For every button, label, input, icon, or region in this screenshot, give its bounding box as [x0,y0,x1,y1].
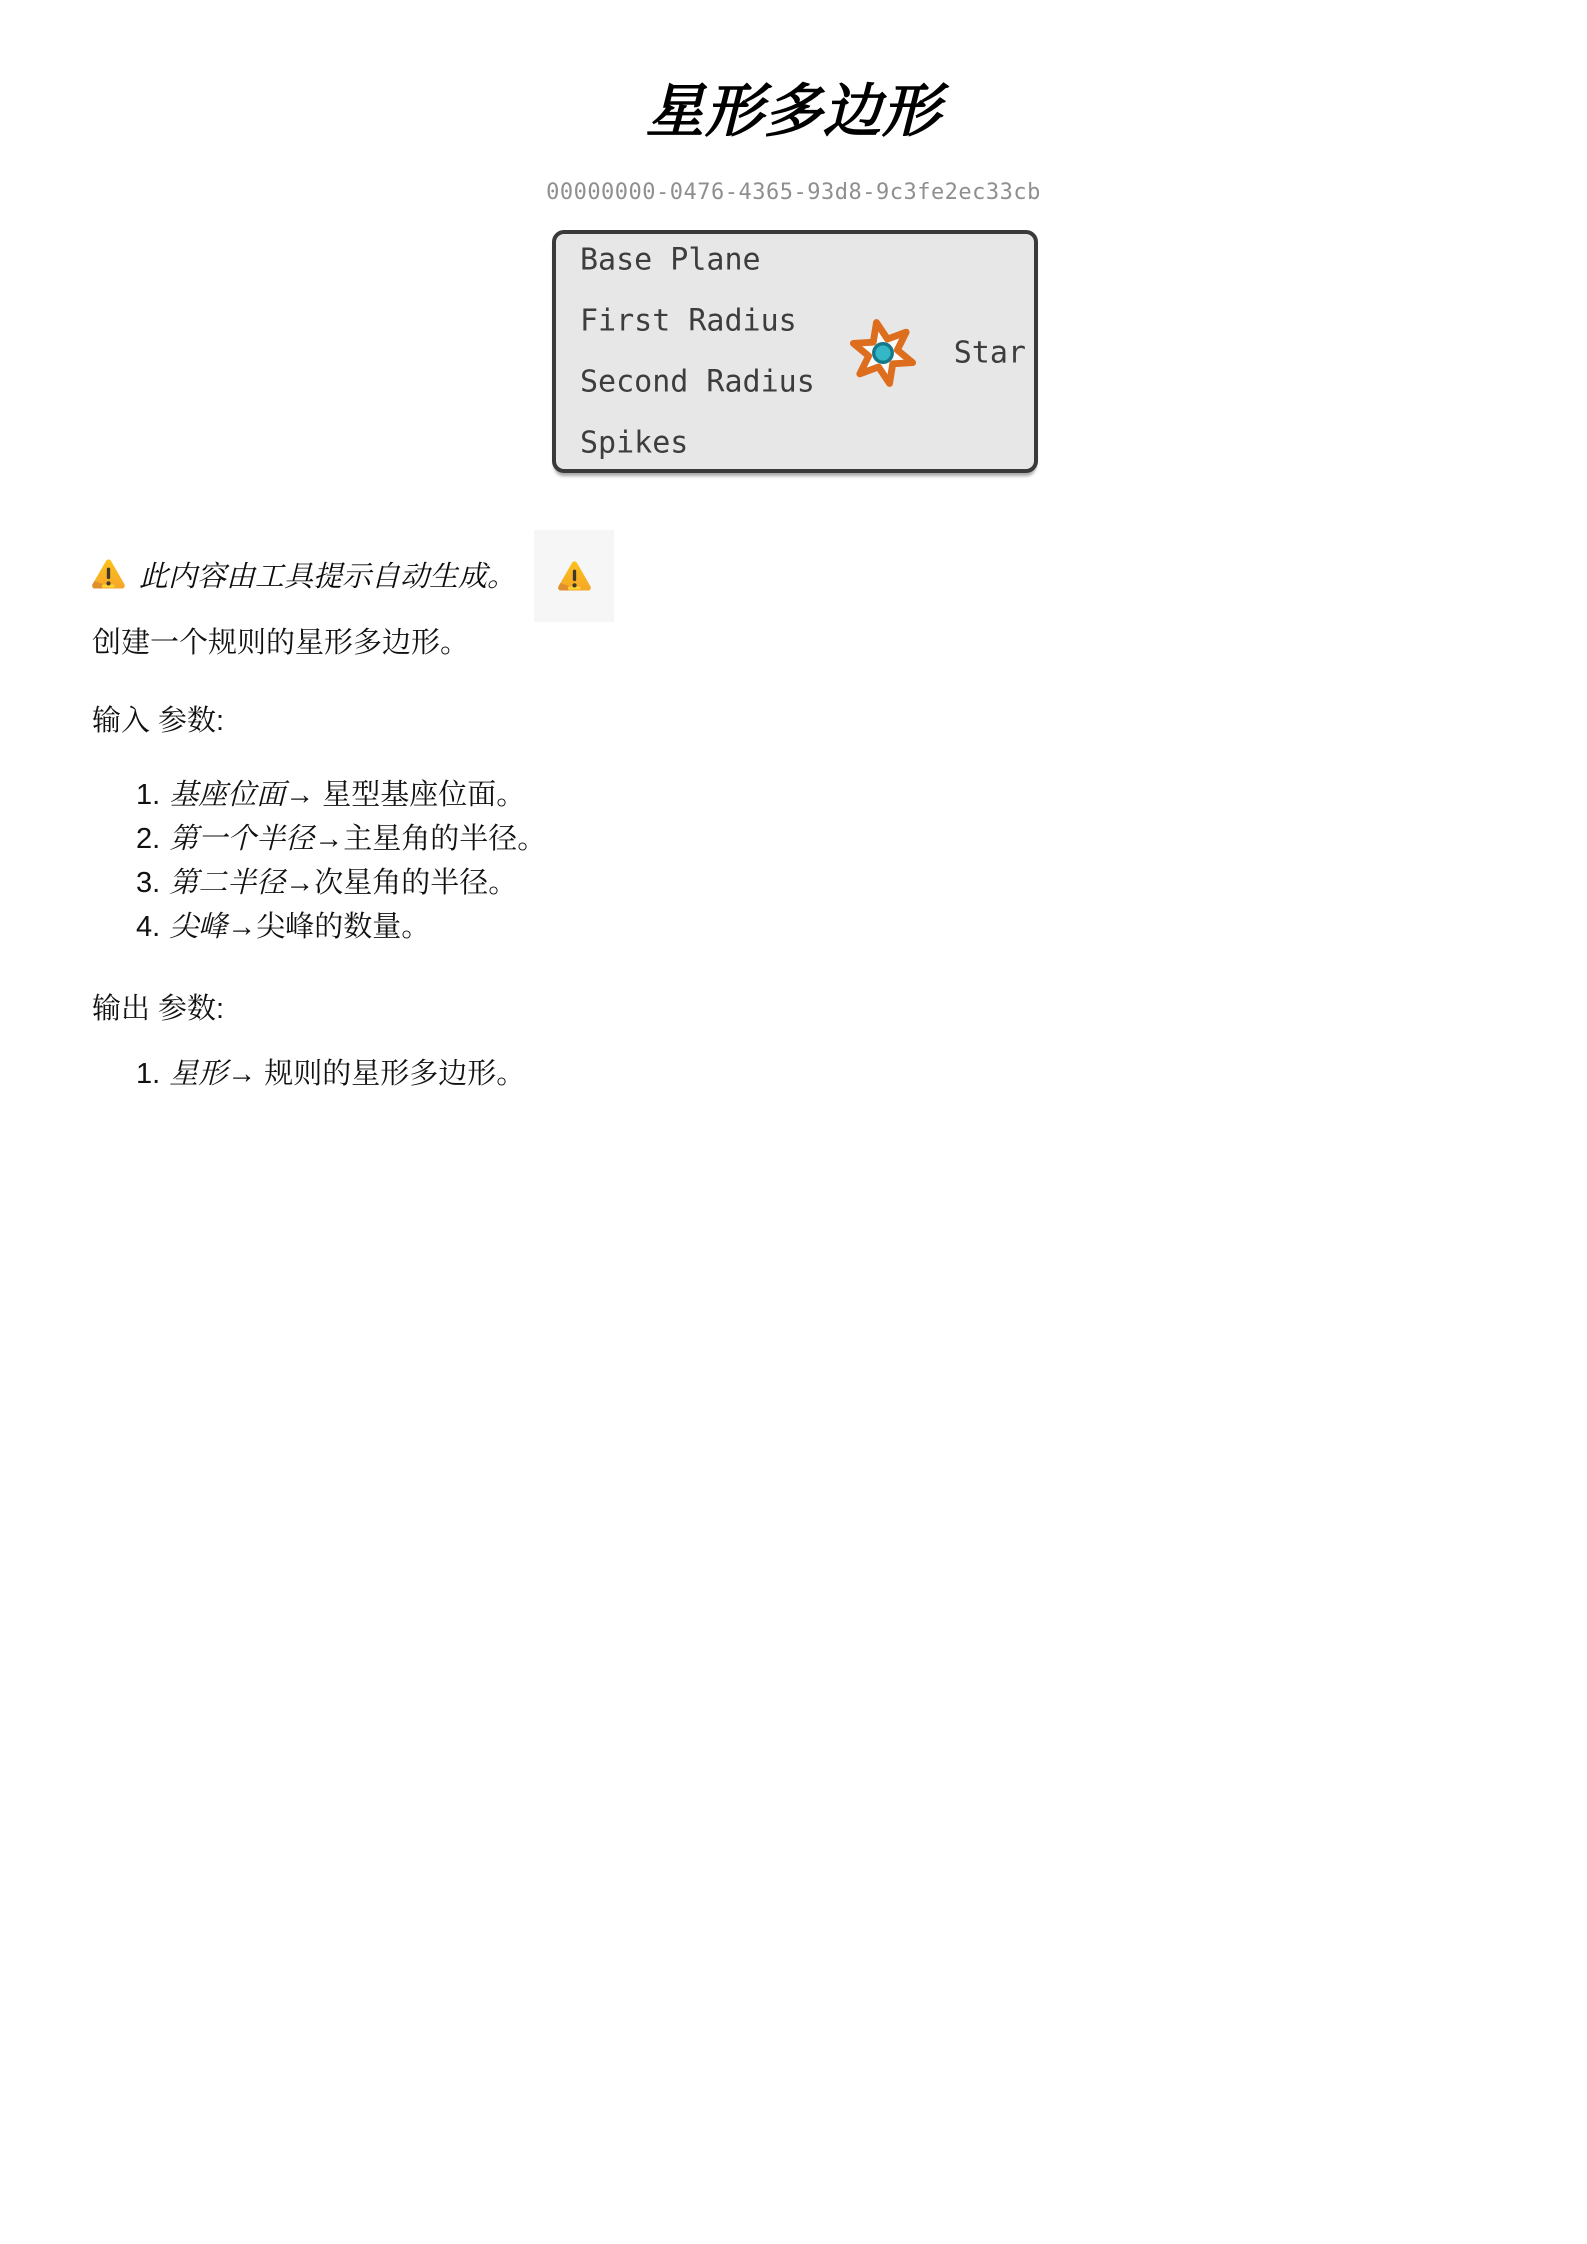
param-description: →尖峰的数量。 [227,911,430,943]
list-item: 4.尖峰→尖峰的数量。 [136,905,546,949]
list-item-number: 1. [136,773,160,817]
param-description: → 星型基座位面。 [285,779,525,811]
list-item: 1.基座位面→ 星型基座位面。 [136,773,546,817]
list-item-number: 3. [136,861,160,905]
list-item: 1.星形→ 规则的星形多边形。 [136,1052,525,1096]
node-input-label: Base Plane [580,243,761,278]
list-item-number: 4. [136,905,160,949]
param-description: →主星角的半径。 [314,823,546,855]
input-port-second-radius [537,365,571,399]
component-description: 创建一个规则的星形多边形。 [92,620,469,661]
component-uuid: 00000000-0476-4365-93d8-9c3fe2ec33cb [0,180,1587,205]
node-output-label: Star [954,336,1026,371]
param-name: 星形 [169,1058,227,1090]
list-item: 2.第一个半径→主星角的半径。 [136,817,546,861]
node-input-label: Second Radius [580,365,815,400]
input-port-base-plane [537,243,571,277]
warning-icon [90,556,127,593]
input-port-first-radius [537,304,571,338]
page-title: 星形多边形 [0,64,1587,148]
param-description: → 规则的星形多边形。 [227,1058,525,1090]
list-item: 3.第二半径→次星角的半径。 [136,861,546,905]
param-name: 第一个半径 [169,823,314,855]
node-input-label: First Radius [580,304,797,339]
param-name: 第二半径 [169,867,285,899]
param-name: 基座位面 [169,779,285,811]
grasshopper-node: Base Plane First Radius Second Radius Sp… [552,230,1038,473]
param-description: →次星角的半径。 [285,867,517,899]
outputs-parameter-list: 1.星形→ 规则的星形多边形。 [136,1052,525,1096]
notice-text: 此内容由工具提示自动生成。 [139,554,516,595]
inputs-parameter-list: 1.基座位面→ 星型基座位面。 2.第一个半径→主星角的半径。 3.第二半径→次… [136,773,546,949]
warning-icon [556,558,593,595]
list-item-number: 1. [136,1052,160,1096]
outputs-section-heading: 输出 参数: [92,986,224,1027]
input-port-spikes [537,426,571,460]
auto-generated-notice: 此内容由工具提示自动生成。 [90,528,614,620]
node-input-label: Spikes [580,426,688,461]
warning-icon-placeholder [534,530,614,622]
list-item-number: 2. [136,817,160,861]
inputs-section-heading: 输入 参数: [92,698,224,739]
star-polygon-icon [844,314,922,392]
param-name: 尖峰 [169,911,227,943]
